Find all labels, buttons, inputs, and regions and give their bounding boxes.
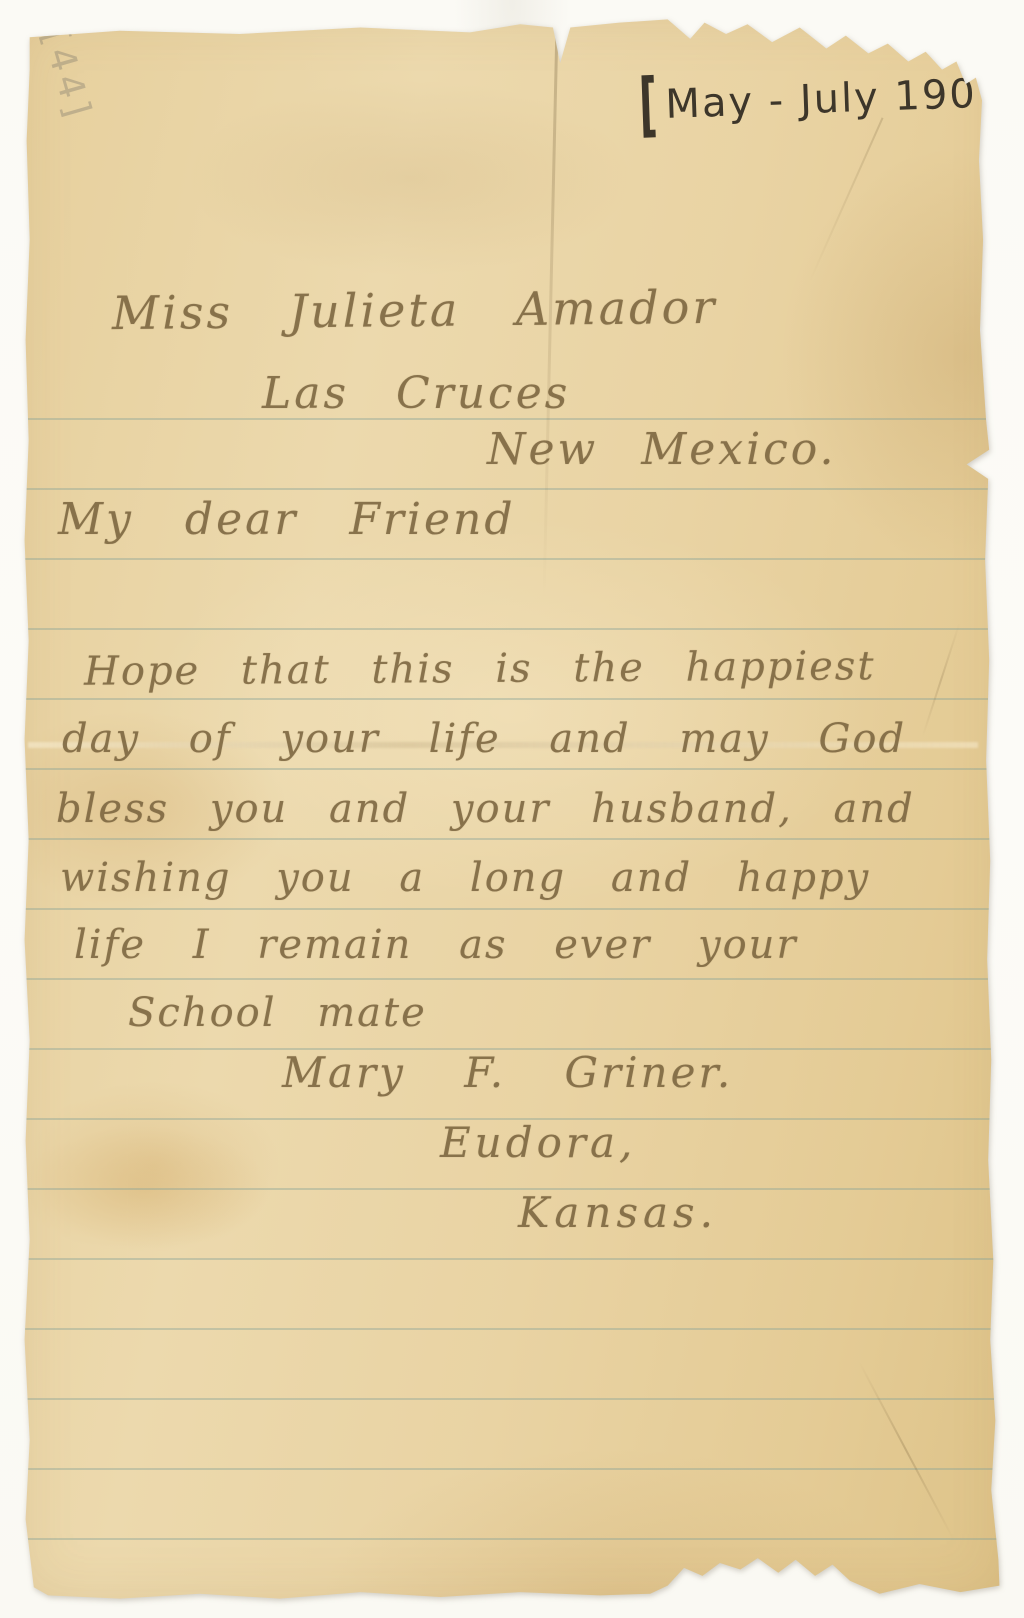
edge-crumple-crease [858, 1361, 954, 1539]
body-line-1: Hope that this is the happiest [84, 643, 876, 695]
paper-shadow: [44] [ May - July 1907 ] Miss Julieta Am… [0, 0, 1024, 1618]
letter-paper: [44] [ May - July 1907 ] Miss Julieta Am… [0, 0, 1024, 1618]
signature-name-line: Mary F. Griner. [282, 1048, 733, 1097]
recipient-name-line: Miss Julieta Amador [112, 280, 718, 340]
signature-state-line: Kansas. [518, 1188, 718, 1237]
body-line-2: day of your life and may God [62, 716, 906, 762]
date-annotation: [ May - July 1907 ] [632, 69, 1024, 129]
body-line-6: School mate [128, 990, 427, 1036]
body-line-5: life I remain as ever your [74, 922, 798, 968]
date-close-bracket: ] [1009, 52, 1024, 133]
corner-pencil-mark: [44] [34, 25, 99, 127]
recipient-city-line: Las Cruces [262, 368, 570, 419]
signature-city-line: Eudora, [440, 1118, 636, 1167]
date-open-bracket: [ [638, 65, 661, 146]
body-line-3: bless you and your husband, and [56, 786, 915, 832]
body-line-4: wishing you a long and happy [60, 855, 870, 901]
scanned-letter-page: [44] [ May - July 1907 ] Miss Julieta Am… [0, 0, 1024, 1618]
salutation-line: My dear Friend [58, 494, 516, 545]
recipient-state-line: New Mexico. [487, 424, 837, 475]
corner-crease [808, 117, 883, 282]
edge-crumple-crease [922, 623, 961, 738]
archival-date-text: May - July 1907 [665, 70, 1005, 128]
